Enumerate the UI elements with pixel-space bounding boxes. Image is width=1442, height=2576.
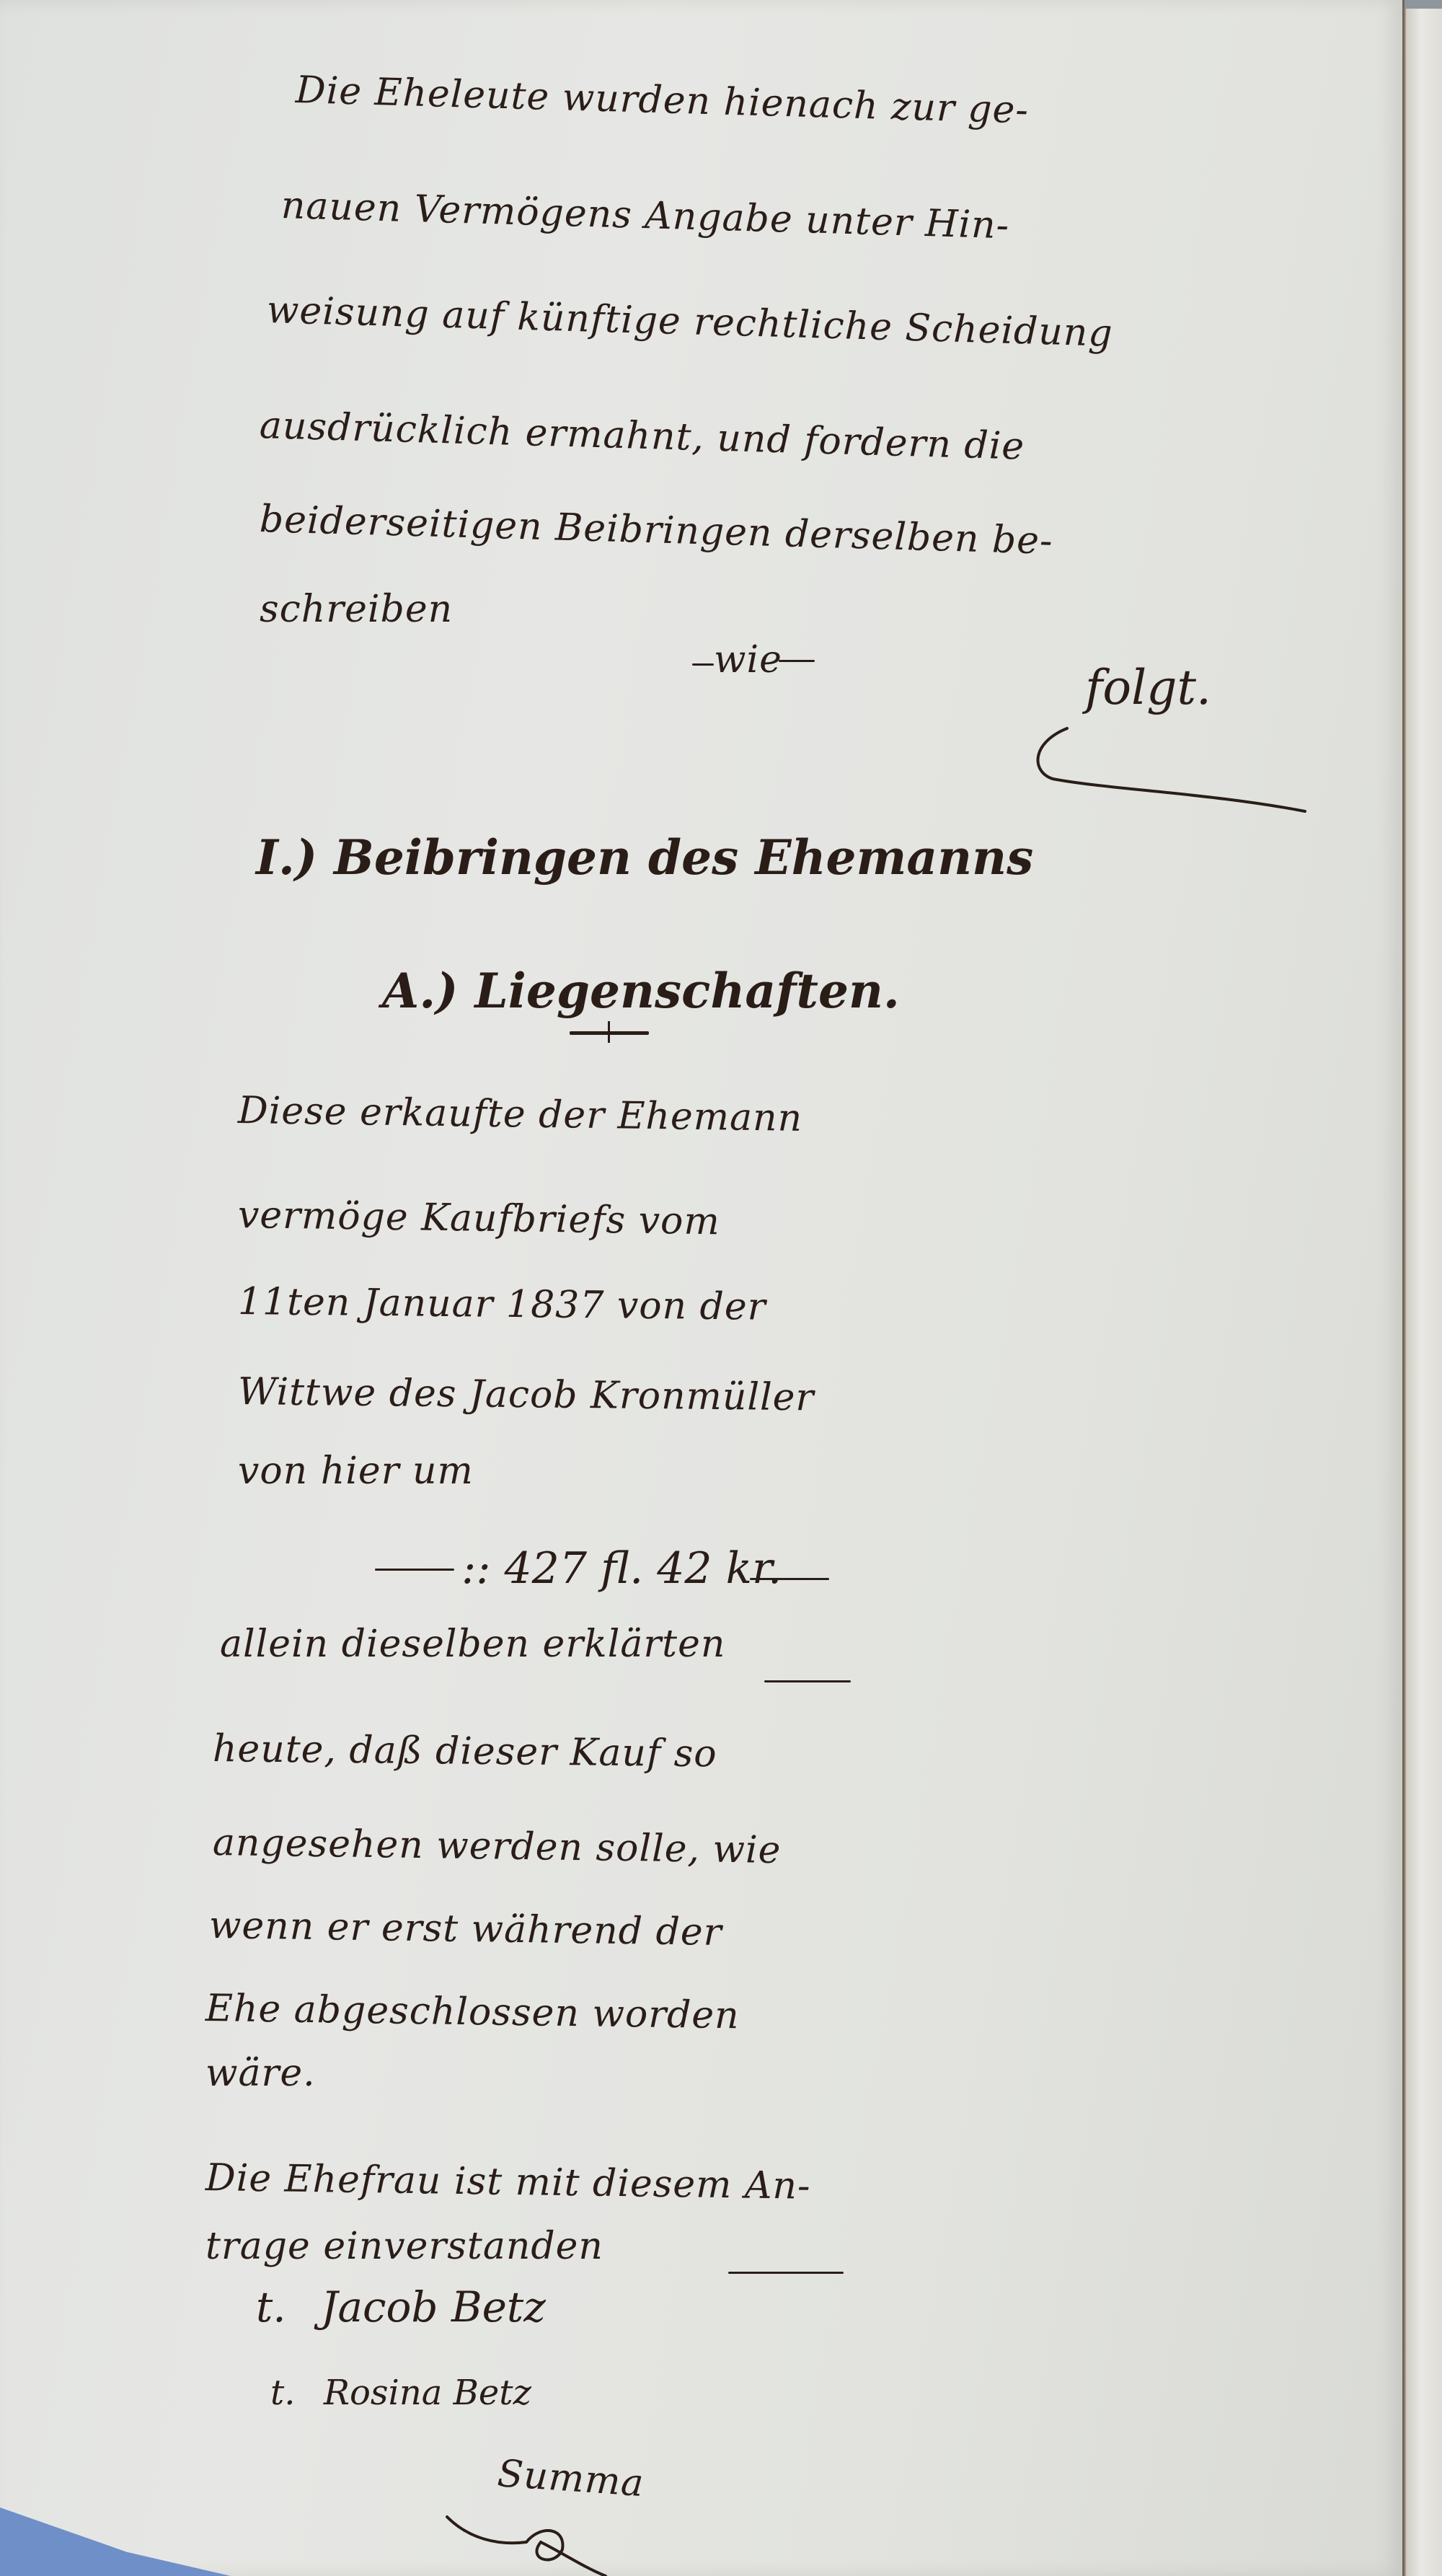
text-line: heute, daß dieser Kauf so: [213, 1727, 717, 1776]
text-line: von hier um: [238, 1450, 474, 1493]
text-line: weisung auf künftige rechtliche Scheidun…: [266, 288, 1113, 356]
right-word: folgt.: [1085, 660, 1211, 715]
dash-right: [779, 660, 815, 662]
document-page: Die Eheleute wurden hienach zur ge- naue…: [0, 0, 1405, 2576]
signature-prefix: t.: [256, 2282, 286, 2332]
flourish-icon: [1024, 721, 1312, 815]
text-line: allein dieselben erklärten: [220, 1623, 725, 1666]
signature-wife: t. Rosina Betz: [270, 2373, 531, 2413]
text-line: ausdrücklich ermahnt, und fordern die: [259, 404, 1025, 469]
line-fill-dash: [764, 1680, 851, 1682]
text-line: wenn er erst während der: [209, 1904, 722, 1954]
signature-prefix: t.: [270, 2373, 296, 2413]
trailing-word: Summa: [496, 2452, 645, 2505]
text-line: trage einverstanden: [205, 2225, 603, 2268]
dash-left: [692, 663, 714, 666]
text-line: beiderseitigen Beibringen derselben be-: [259, 498, 1053, 563]
adjacent-page-edge: [1405, 9, 1442, 2576]
amount-value: :: 427 fl. 42 kr.: [461, 1543, 782, 1594]
signature-name: Rosina Betz: [324, 2373, 531, 2413]
line-fill-dash: [728, 2272, 844, 2274]
text-line: vermöge Kaufbriefs vom: [238, 1194, 721, 1243]
text-line: angesehen werden solle, wie: [213, 1821, 782, 1872]
centered-word: wie: [714, 638, 782, 682]
text-line: schreiben: [260, 588, 453, 631]
amount-dash-right: [750, 1578, 829, 1580]
text-line: Wittwe des Jacob Kronmüller: [238, 1370, 815, 1419]
text-line: nauen Vermögens Angabe unter Hin-: [280, 184, 1010, 247]
text-line: Ehe abgeschlossen worden: [205, 1987, 740, 2037]
text-line: wäre.: [205, 2052, 316, 2095]
underline-tick: [608, 1021, 610, 1043]
bottom-flourish-icon: [440, 2510, 627, 2576]
amount-dash-left: [375, 1569, 454, 1571]
text-line: Diese erkaufte der Ehemann: [238, 1089, 803, 1140]
text-line: Die Eheleute wurden hienach zur ge-: [295, 69, 1030, 132]
section-subheading: A.) Liegenschaften.: [382, 963, 900, 1019]
section-heading: I.) Beibringen des Ehemanns: [256, 829, 1033, 886]
text-line: 11ten Januar 1837 von der: [238, 1280, 766, 1329]
signature-name: Jacob Betz: [321, 2282, 546, 2332]
text-line: Die Ehefrau ist mit diesem An-: [205, 2156, 811, 2208]
signature-husband: t. Jacob Betz: [256, 2282, 546, 2332]
